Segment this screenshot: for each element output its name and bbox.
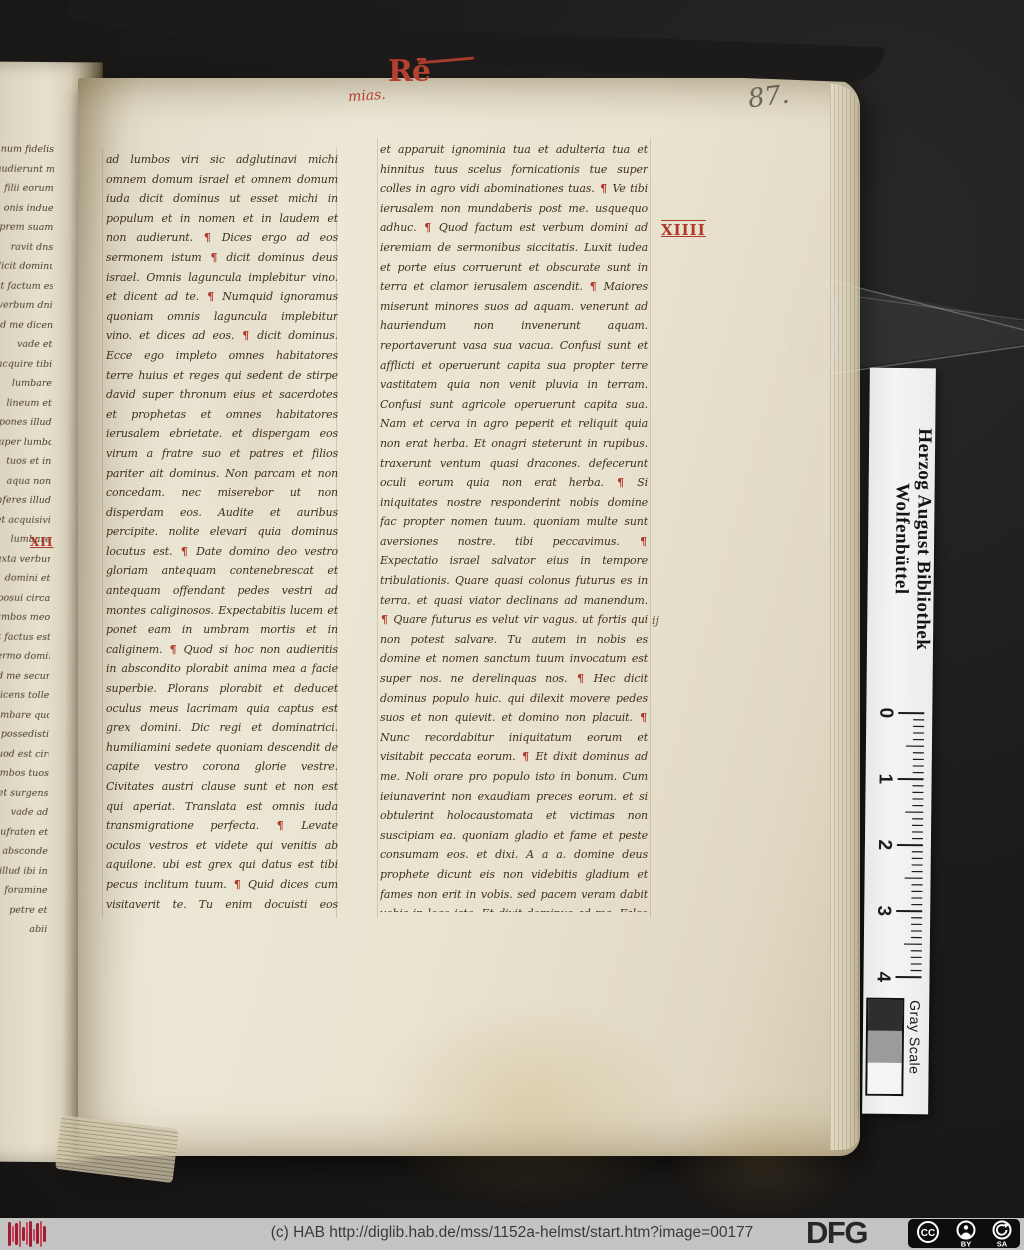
left-page-text-line: et acquisivi — [0, 510, 51, 530]
left-page-text-line: ad me dicens — [0, 315, 53, 335]
running-title-monogram: Rē — [388, 54, 430, 89]
left-page-text-line: posui circa — [0, 588, 50, 608]
left-page-text-line: aqua non — [0, 471, 51, 491]
left-page-text-line: lumbos meos — [0, 608, 50, 628]
cc-by-label: BY — [961, 1240, 971, 1249]
left-page-text-line: iuxta verbum — [0, 549, 51, 569]
left-page-text-line: ad me secundo — [0, 666, 50, 686]
ruler-scale: 01234 — [863, 701, 932, 994]
svg-text:0: 0 — [875, 707, 896, 718]
dfg-logo: DFG — [806, 1215, 867, 1250]
left-page-text-line: sermo domini — [0, 647, 50, 667]
left-page-text-line: absconde — [0, 842, 48, 862]
left-page-text-line: petre et — [0, 900, 47, 920]
left-page-text-line: lumbare — [0, 374, 52, 394]
left-page-text-line: onis indue — [0, 198, 54, 218]
left-page-text-line: acquire tibi — [0, 354, 52, 374]
library-name-line2: Wolfenbüttel — [889, 374, 914, 704]
hab-logo-icon — [8, 1221, 52, 1247]
left-page-text-line: illud ibi in — [0, 861, 48, 881]
margin-note: ij — [652, 614, 659, 627]
page-fore-edge — [830, 84, 860, 1150]
svg-text:1: 1 — [875, 773, 896, 784]
library-name-label: Herzog August Bibliothek Wolfenbüttel — [866, 374, 935, 705]
left-page-text-line: dicit dominus — [0, 257, 53, 277]
column-ruling-line — [650, 138, 651, 918]
left-page-text-line: inferes illud — [0, 491, 51, 511]
cc-license-badge: CC BY SA — [908, 1219, 1020, 1248]
text-column-right: et apparuit ignominia tua et adulteria t… — [380, 140, 648, 912]
text-column-left: ad lumbos viri sic adglutinavi michi omn… — [106, 150, 338, 910]
column-ruling-line — [377, 138, 378, 918]
footer-bar: (c) HAB http://diglib.hab.de/mss/1152a-h… — [0, 1218, 1024, 1250]
background-wedge — [68, 0, 406, 70]
left-page-text-line: dicens tolle — [0, 686, 49, 706]
column-ruling-line — [102, 148, 103, 918]
gray-scale-label: Gray Scale — [906, 1000, 923, 1110]
reference-ruler: Herzog August Bibliothek Wolfenbüttel 01… — [862, 368, 936, 1115]
svg-text:4: 4 — [872, 971, 893, 982]
left-page-text-line: et factus est — [0, 627, 50, 647]
folio-number: 87. — [746, 80, 791, 115]
left-page-text-line: num fidelis — [0, 140, 54, 160]
background-wedge — [380, 28, 885, 83]
left-page-text-line: vade et — [0, 335, 52, 355]
left-page-text-line: verbum dni — [0, 296, 53, 316]
left-page-text-line: ravit dns — [0, 237, 53, 257]
left-page-text-line: possedisti — [0, 725, 49, 745]
gray-scale-patches — [865, 998, 904, 1096]
left-page-text-line: lumbos tuos — [0, 764, 49, 784]
library-name-line1: Herzog August Bibliothek — [911, 374, 936, 704]
gray-scale-patch — [867, 1062, 901, 1094]
left-page-text-line: lineum et — [0, 393, 52, 413]
chapter-number-marker: XIIII — [661, 221, 706, 239]
svg-text:2: 2 — [874, 839, 895, 850]
left-page-text-line: et factum est — [0, 276, 53, 296]
copyright-url-text: (c) HAB http://diglib.hab.de/mss/1152a-h… — [271, 1224, 754, 1242]
left-page-text-line: eufraten et — [0, 822, 48, 842]
gray-scale-patch — [868, 1000, 902, 1032]
left-page-text-line: domini et — [0, 569, 50, 589]
left-page-text-line: et surgens — [0, 783, 49, 803]
left-page-text-line: foramine — [0, 881, 48, 901]
cc-sa-label: SA — [997, 1240, 1008, 1249]
svg-text:3: 3 — [873, 905, 894, 916]
left-page-text-line: vade ad — [0, 803, 48, 823]
parchment-stain — [368, 998, 688, 1208]
cc-text: CC — [921, 1228, 935, 1239]
left-page-text-line: quod est circa — [0, 744, 49, 764]
left-page-chapter-number: XII — [30, 535, 54, 549]
running-title: mias. — [347, 87, 386, 106]
left-page-text-line: audierunt ma — [0, 159, 54, 179]
left-page-text-line: prem suam — [0, 218, 53, 238]
gray-scale-patch — [868, 1031, 902, 1063]
left-page-text-line: tuos et in — [0, 452, 51, 472]
left-page-text-line: abii — [0, 920, 47, 940]
left-page-text-line: pones illud — [0, 413, 52, 433]
left-page-text-line: filii eorum — [0, 179, 54, 199]
parchment-stain — [668, 1088, 858, 1218]
left-page-text-line: lumbare quod — [0, 705, 49, 725]
left-page-text-fragments: num fidelisaudierunt mafilii eorumonis i… — [0, 140, 54, 1000]
left-page-text-line: super lumbos — [0, 432, 52, 452]
